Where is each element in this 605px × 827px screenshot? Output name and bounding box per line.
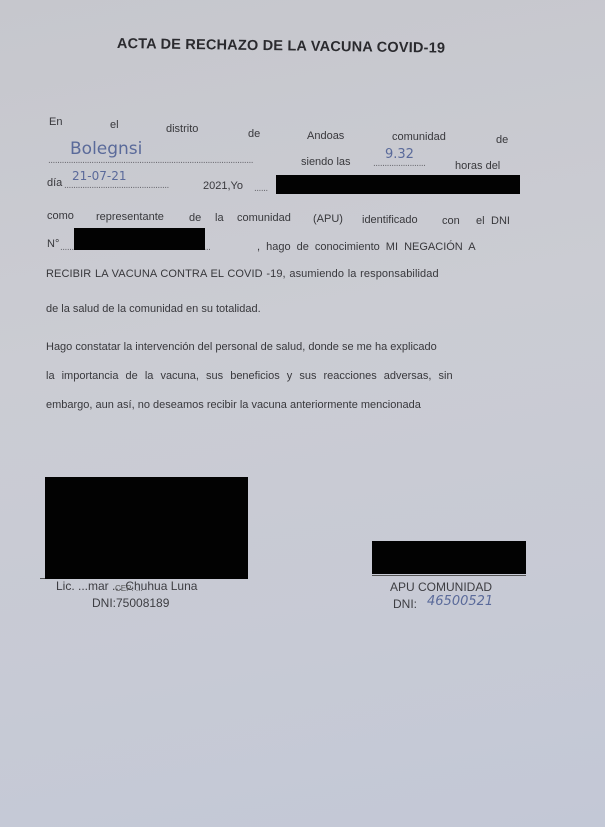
word: distrito — [166, 123, 198, 135]
text-negacion: , hago de conocimiento MI NEGACIÓN A — [257, 241, 476, 253]
redacted-dni — [74, 228, 205, 250]
redacted-signature-left — [45, 477, 248, 579]
text-line: la importancia de la vacuna, sus benefic… — [46, 370, 453, 382]
word: representante — [96, 211, 164, 223]
stamp-text: CEP: ... — [115, 584, 143, 593]
apu-role: APU COMUNIDAD — [390, 580, 492, 594]
word: el — [476, 215, 485, 227]
word: el — [110, 119, 119, 131]
document-title: ACTA DE RECHAZO DE LA VACUNA COVID-19 — [117, 36, 445, 57]
signature-line — [372, 575, 526, 576]
apu-dni-handwritten: 46500521 — [427, 594, 493, 609]
handwritten-community: Bolegnsi — [70, 139, 142, 159]
word: la — [215, 212, 224, 224]
handwritten-date: 21-07-21 — [72, 169, 126, 183]
redacted-signature-right — [372, 541, 526, 574]
apu-dni-label: DNI: — [393, 597, 417, 611]
signer-dni: DNI:75008189 — [92, 596, 169, 610]
handwritten-time: 9.32 — [385, 147, 414, 162]
text-line: embargo, aun así, no deseamos recibir la… — [46, 399, 421, 411]
word: (APU) — [313, 213, 343, 225]
text-year: 2021,Yo — [203, 180, 243, 192]
word: En — [49, 116, 62, 128]
word: de — [248, 128, 260, 140]
text-horas: horas del — [455, 160, 500, 172]
document-page: { "document": { "title": "ACTA DE RECHAZ… — [0, 0, 605, 827]
word: comunidad — [392, 131, 446, 143]
word: con — [442, 215, 460, 227]
fill-dots: ...... — [254, 183, 268, 194]
word: de — [496, 134, 508, 146]
word: Andoas — [307, 130, 344, 142]
word: DNI — [491, 215, 510, 227]
redacted-name — [276, 175, 520, 194]
text-n: N° — [47, 238, 59, 250]
word: de — [189, 212, 201, 224]
text-line: Hago constatar la intervención del perso… — [46, 341, 437, 353]
text-line: RECIBIR LA VACUNA CONTRA EL COVID -19, a… — [46, 268, 439, 280]
word: identificado — [362, 214, 418, 226]
word: comunidad — [237, 212, 291, 224]
word: como — [47, 210, 74, 222]
text-line: de la salud de la comunidad en su totali… — [46, 303, 261, 315]
text-dia: día — [47, 177, 62, 189]
text-siendo: siendo las — [301, 156, 351, 168]
